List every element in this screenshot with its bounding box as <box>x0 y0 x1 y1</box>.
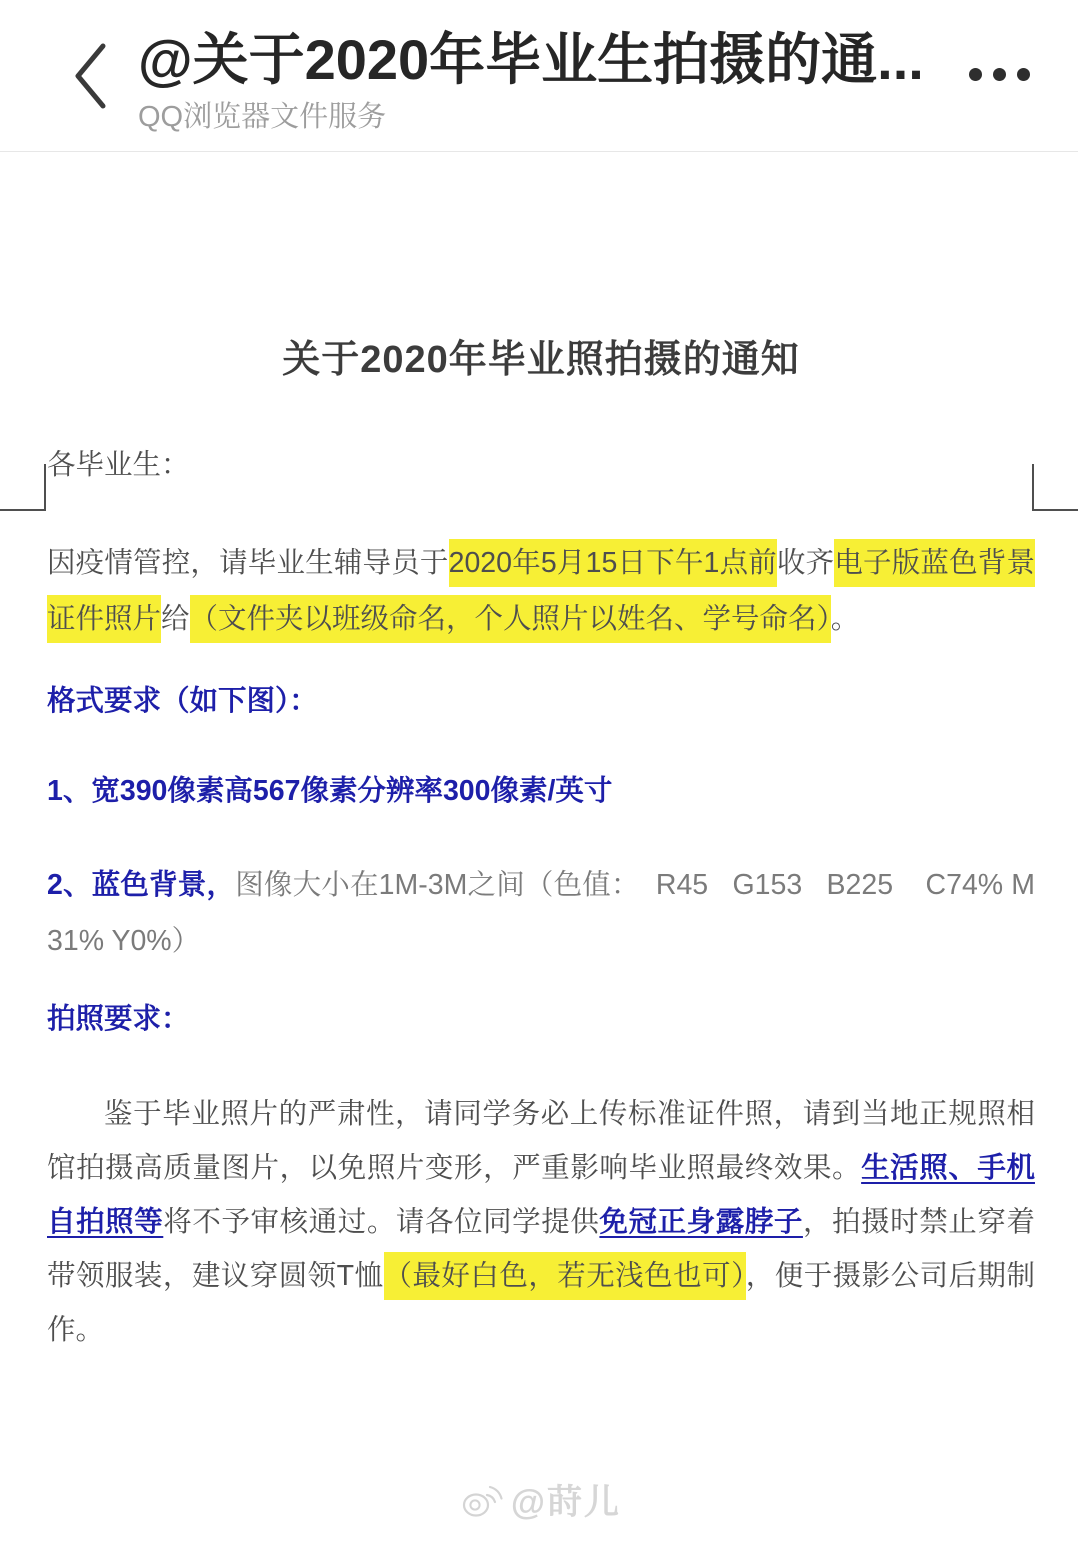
text-run: 收齐 <box>777 547 834 579</box>
text-run: 各毕业生： <box>47 449 190 481</box>
paragraph-format-item-1: 1、宽390像素高567像素分辨率300像素/英寸 <box>47 771 1035 811</box>
paragraph-format-item-2: 2、蓝色背景，图像大小在1M-3M之间（色值： R45 G153 B225 C7… <box>47 857 1035 969</box>
back-button[interactable] <box>66 38 114 114</box>
text-boundary-mark-left <box>0 464 46 511</box>
document-page: 关于2020年毕业照拍摄的通知 各毕业生：因疫情管控，请毕业生辅导员于2020年… <box>0 338 1078 1525</box>
text-run: （最好白色，若无浅色也可） <box>384 1252 746 1300</box>
ellipsis-dot <box>993 68 1006 81</box>
paragraph-photo-heading: 拍照要求： <box>47 999 1035 1039</box>
text-run: 2、蓝色背景， <box>47 869 235 901</box>
text-run: 因疫情管控，请毕业生辅导员于 <box>47 547 449 579</box>
ellipsis-dot <box>969 68 982 81</box>
paragraph-intro: 因疫情管控，请毕业生辅导员于2020年5月15日下午1点前收齐电子版蓝色背景证件… <box>47 535 1035 647</box>
document-body: 各毕业生：因疫情管控，请毕业生辅导员于2020年5月15日下午1点前收齐电子版蓝… <box>47 445 1035 1357</box>
paragraph-greeting: 各毕业生： <box>47 445 1035 485</box>
text-run: （文件夹以班级命名，个人照片以姓名、学号命名） <box>190 595 831 643</box>
text-boundary-mark-right <box>1032 464 1078 511</box>
file-service-label: QQ浏览器文件服务 <box>138 100 938 134</box>
text-run: 拍照要求： <box>47 1003 190 1035</box>
document-content: 关于2020年毕业照拍摄的通知 各毕业生：因疫情管控，请毕业生辅导员于2020年… <box>0 338 1078 1525</box>
paragraph-format-heading: 格式要求（如下图）： <box>47 681 1035 721</box>
text-run: 将不予审核通过。请各位同学提供 <box>163 1206 599 1238</box>
text-run: 1、宽390像素高567像素分辨率300像素/英寸 <box>47 775 612 807</box>
watermark-handle: @莳儿 <box>511 1475 621 1525</box>
more-menu-button[interactable] <box>967 58 1032 91</box>
text-run: 。 <box>831 603 860 635</box>
text-run: 免冠正身露脖子 <box>599 1206 803 1238</box>
header-titles: @关于2020年毕业生拍摄的通... QQ浏览器文件服务 <box>138 18 938 134</box>
text-run: 格式要求（如下图）： <box>47 685 318 717</box>
document-title: 关于2020年毕业照拍摄的通知 <box>47 338 1035 382</box>
text-run: 2020年5月15日下午1点前 <box>449 539 777 587</box>
ellipsis-dot <box>1017 68 1030 81</box>
file-title: @关于2020年毕业生拍摄的通... <box>138 18 938 102</box>
watermark: @莳儿 <box>47 1475 1035 1525</box>
paragraph-photo-body: 鉴于毕业照片的严肃性，请同学务必上传标准证件照，请到当地正规照相馆拍摄高质量图片… <box>47 1087 1035 1357</box>
text-run: 给 <box>161 603 190 635</box>
weibo-icon <box>461 1481 503 1519</box>
app-header: @关于2020年毕业生拍摄的通... QQ浏览器文件服务 <box>0 0 1078 152</box>
chevron-left-icon <box>71 41 109 111</box>
